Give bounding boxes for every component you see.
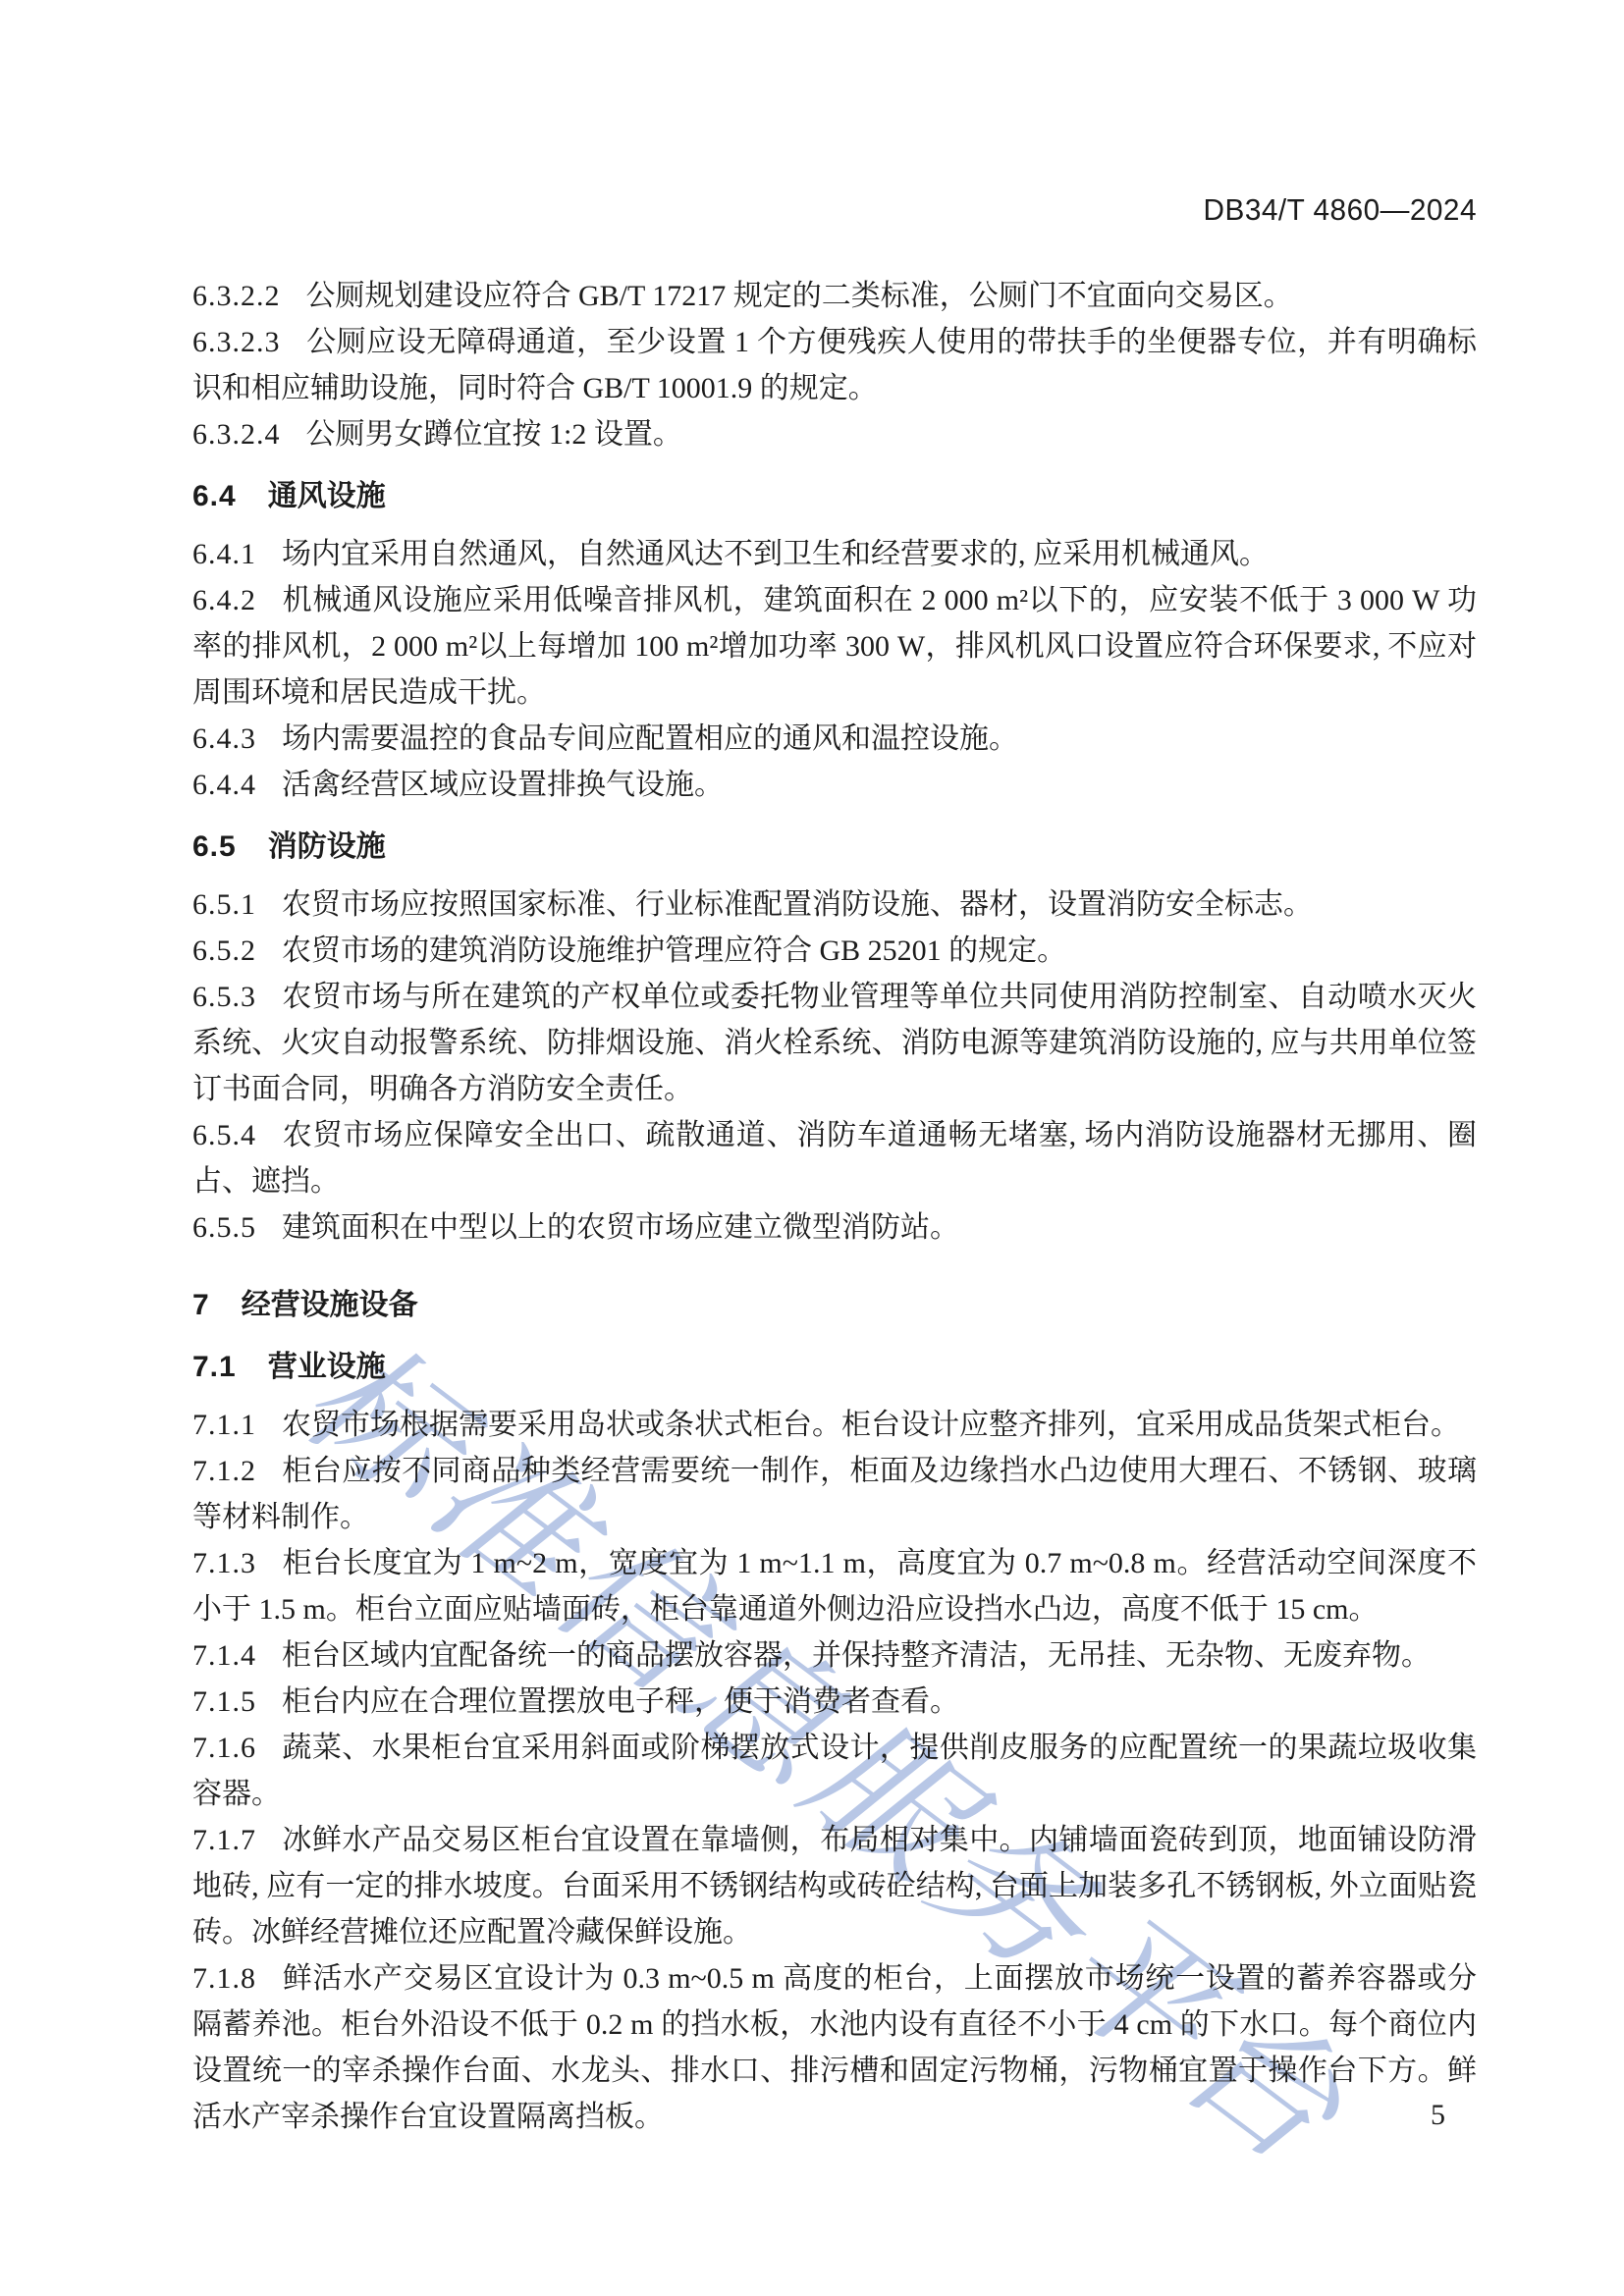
clause-6.4.1: 6.4.1场内宜采用自然通风，自然通风达不到卫生和经营要求的, 应采用机械通风。 [192, 531, 1477, 577]
clause-number: 7.1.4 [192, 1639, 256, 1672]
heading-6.5: 6.5消防设施 [192, 824, 1477, 870]
clause-6.5.1: 6.5.1农贸市场应按照国家标准、行业标准配置消防设施、器材，设置消防安全标志。 [192, 881, 1477, 928]
clause-text: 建筑面积在中型以上的农贸市场应建立微型消防站。 [282, 1211, 959, 1244]
page-number: 5 [1431, 2099, 1445, 2132]
clause-text: 农贸市场应保障安全出口、疏散通道、消防车道通畅无堵塞, 场内消防设施器材无挪用、… [192, 1119, 1477, 1198]
clause-text: 场内需要温控的食品专间应配置相应的通风和温控设施。 [282, 722, 1018, 755]
clause-number: 6.3.2.4 [192, 418, 281, 451]
chapter-number: 7 [192, 1289, 210, 1321]
clause-number: 7.1.2 [192, 1455, 256, 1487]
clause-text: 农贸市场与所在建筑的产权单位或委托物业管理等单位共同使用消防控制室、自动喷水灭火… [192, 981, 1477, 1105]
clause-text: 鲜活水产交易区宜设计为 0.3 m~0.5 m 高度的柜台，上面摆放市场统一设置… [192, 1962, 1477, 2133]
clause-7.1.6: 7.1.6蔬菜、水果柜台宜采用斜面或阶梯摆放式设计，提供削皮服务的应配置统一的果… [192, 1725, 1477, 1817]
clause-text: 农贸市场应按照国家标准、行业标准配置消防设施、器材，设置消防安全标志。 [282, 888, 1313, 921]
clause-6.3.2.2: 6.3.2.2公厕规划建设应符合 GB/T 17217 规定的二类标准，公厕门不… [192, 273, 1477, 319]
clause-6.4.4: 6.4.4活禽经营区域应设置排换气设施。 [192, 762, 1477, 808]
clause-number: 7.1.1 [192, 1409, 256, 1441]
clause-text: 柜台长度宜为 1 m~2 m，宽度宜为 1 m~1.1 m，高度宜为 0.7 m… [192, 1547, 1477, 1626]
clause-text: 冰鲜水产品交易区柜台宜设置在靠墙侧，布局相对集中。内铺墙面瓷砖到顶，地面铺设防滑… [192, 1824, 1477, 1949]
clause-number: 7.1.7 [192, 1824, 256, 1856]
clause-text: 公厕男女蹲位宜按 1:2 设置。 [306, 418, 682, 451]
standard-number-header: DB34/T 4860—2024 [244, 192, 1477, 228]
clause-text: 活禽经营区域应设置排换气设施。 [282, 769, 724, 801]
clause-number: 7.1.3 [192, 1547, 256, 1579]
clause-7.1.3: 7.1.3柜台长度宜为 1 m~2 m，宽度宜为 1 m~1.1 m，高度宜为 … [192, 1540, 1477, 1632]
clause-number: 6.3.2.3 [192, 326, 281, 358]
clause-number: 6.4.4 [192, 769, 256, 801]
clause-6.4.3: 6.4.3场内需要温控的食品专间应配置相应的通风和温控设施。 [192, 716, 1477, 762]
clause-number: 6.4.3 [192, 722, 256, 755]
clause-text: 公厕规划建设应符合 GB/T 17217 规定的二类标准，公厕门不宜面向交易区。 [306, 280, 1293, 312]
clause-7.1.1: 7.1.1农贸市场根据需要采用岛状或条状式柜台。柜台设计应整齐排列，宜采用成品货… [192, 1402, 1477, 1448]
clause-text: 柜台区域内宜配备统一的商品摆放容器，并保持整齐清洁，无吊挂、无杂物、无废弃物。 [282, 1639, 1431, 1672]
clause-text: 柜台内应在合理位置摆放电子秤，便于消费者查看。 [282, 1685, 959, 1718]
chapter-title: 经营设施设备 [242, 1289, 418, 1321]
clause-text: 机械通风设施应采用低噪音排风机，建筑面积在 2 000 m²以下的，应安装不低于… [192, 584, 1477, 709]
clause-text: 蔬菜、水果柜台宜采用斜面或阶梯摆放式设计，提供削皮服务的应配置统一的果蔬垃圾收集… [192, 1732, 1477, 1810]
clause-number: 6.5.4 [192, 1119, 256, 1151]
document-page: DB34/T 4860—2024 标准信息服务平台 6.3.2.2公厕规划建设应… [0, 0, 1624, 2296]
clause-number: 7.1.5 [192, 1685, 256, 1718]
clause-number: 6.5.1 [192, 888, 256, 921]
clause-number: 6.5.3 [192, 981, 256, 1013]
clause-number: 6.5.5 [192, 1211, 256, 1244]
section-number: 6.4 [192, 480, 237, 512]
heading-7: 7经营设施设备 [192, 1282, 1477, 1328]
clause-text: 农贸市场的建筑消防设施维护管理应符合 GB 25201 的规定。 [282, 934, 1066, 967]
section-number: 6.5 [192, 830, 237, 863]
clause-text: 农贸市场根据需要采用岛状或条状式柜台。柜台设计应整齐排列，宜采用成品货架式柜台。 [282, 1409, 1460, 1441]
clause-7.1.4: 7.1.4柜台区域内宜配备统一的商品摆放容器，并保持整齐清洁，无吊挂、无杂物、无… [192, 1632, 1477, 1679]
section-title: 通风设施 [268, 480, 386, 512]
clause-6.5.5: 6.5.5建筑面积在中型以上的农贸市场应建立微型消防站。 [192, 1204, 1477, 1251]
clause-text: 场内宜采用自然通风，自然通风达不到卫生和经营要求的, 应采用机械通风。 [282, 538, 1269, 570]
clause-6.3.2.4: 6.3.2.4公厕男女蹲位宜按 1:2 设置。 [192, 411, 1477, 457]
section-title: 消防设施 [268, 830, 386, 863]
heading-7.1: 7.1营业设施 [192, 1344, 1477, 1390]
clause-number: 6.4.1 [192, 538, 256, 570]
clause-text: 柜台应按不同商品种类经营需要统一制作，柜面及边缘挡水凸边使用大理石、不锈钢、玻璃… [192, 1455, 1477, 1533]
clause-6.3.2.3: 6.3.2.3公厕应设无障碍通道，至少设置 1 个方便残疾人使用的带扶手的坐便器… [192, 319, 1477, 411]
clause-number: 6.4.2 [192, 584, 256, 616]
clause-7.1.5: 7.1.5柜台内应在合理位置摆放电子秤，便于消费者查看。 [192, 1679, 1477, 1725]
clause-7.1.2: 7.1.2柜台应按不同商品种类经营需要统一制作，柜面及边缘挡水凸边使用大理石、不… [192, 1448, 1477, 1540]
clause-6.5.3: 6.5.3农贸市场与所在建筑的产权单位或委托物业管理等单位共同使用消防控制室、自… [192, 974, 1477, 1112]
clause-6.5.4: 6.5.4农贸市场应保障安全出口、疏散通道、消防车道通畅无堵塞, 场内消防设施器… [192, 1112, 1477, 1204]
clause-6.5.2: 6.5.2农贸市场的建筑消防设施维护管理应符合 GB 25201 的规定。 [192, 928, 1477, 974]
clause-text: 公厕应设无障碍通道，至少设置 1 个方便残疾人使用的带扶手的坐便器专位，并有明确… [192, 326, 1477, 404]
clause-6.4.2: 6.4.2机械通风设施应采用低噪音排风机，建筑面积在 2 000 m²以下的，应… [192, 577, 1477, 716]
section-number: 7.1 [192, 1351, 237, 1383]
clause-number: 6.5.2 [192, 934, 256, 967]
clause-7.1.7: 7.1.7冰鲜水产品交易区柜台宜设置在靠墙侧，布局相对集中。内铺墙面瓷砖到顶，地… [192, 1817, 1477, 1955]
section-title: 营业设施 [268, 1351, 386, 1383]
clause-number: 6.3.2.2 [192, 280, 281, 312]
clause-7.1.8: 7.1.8鲜活水产交易区宜设计为 0.3 m~0.5 m 高度的柜台，上面摆放市… [192, 1955, 1477, 2140]
clause-number: 7.1.6 [192, 1732, 256, 1764]
clause-number: 7.1.8 [192, 1962, 256, 1995]
document-body: 6.3.2.2公厕规划建设应符合 GB/T 17217 规定的二类标准，公厕门不… [192, 273, 1477, 2140]
heading-6.4: 6.4通风设施 [192, 473, 1477, 519]
